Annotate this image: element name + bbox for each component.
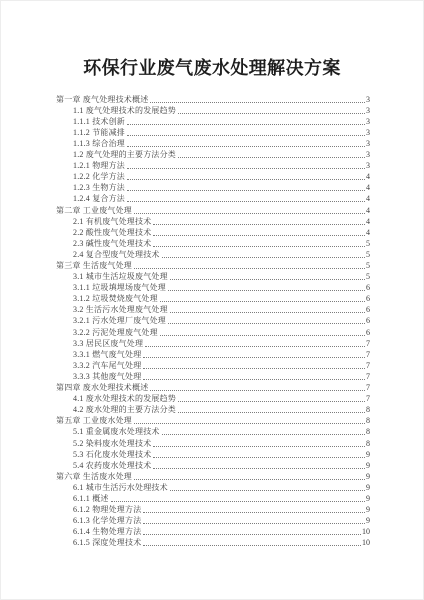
toc-page-number: 9 xyxy=(366,461,370,471)
toc-entry-label: 5.1 重金属废水处理技术 xyxy=(73,427,160,437)
toc-entry-label: 1.2.1 物理方法 xyxy=(73,161,125,171)
toc-page-number: 9 xyxy=(366,494,370,504)
toc-page-number: 3 xyxy=(366,161,370,171)
toc-dot-leader xyxy=(127,201,365,202)
toc-entry[interactable]: 4.2 废水处理的主要方法分类 8 xyxy=(56,404,370,415)
toc-entry[interactable]: 6.1 城市生活污水处理技术 9 xyxy=(56,481,370,492)
toc-page-number: 4 xyxy=(366,194,370,204)
toc-page-number: 7 xyxy=(366,372,370,382)
toc-dot-leader xyxy=(134,423,365,424)
toc-entry[interactable]: 1.2.4 复合方法 4 xyxy=(56,193,370,204)
toc-entry[interactable]: 2.2 酸性废气处理技术 4 xyxy=(56,226,370,237)
toc-entry-label: 6.1.3 化学处理方法 xyxy=(73,516,141,526)
toc-entry[interactable]: 6.1.5 深度处理技术 10 xyxy=(56,537,370,548)
toc-entry[interactable]: 3.3.2 汽车尾气处理 7 xyxy=(56,359,370,370)
toc-dot-leader xyxy=(134,213,365,214)
toc-entry-label: 第六章 生活废水处理 xyxy=(56,472,132,482)
toc-entry[interactable]: 6.1.1 概述 9 xyxy=(56,492,370,503)
toc-entry[interactable]: 3.3 居民区废气处理 7 xyxy=(56,337,370,348)
toc-entry[interactable]: 2.4 复合型废气处理技术 5 xyxy=(56,248,370,259)
toc-page-number: 9 xyxy=(366,472,370,482)
toc-page-number: 4 xyxy=(366,183,370,193)
toc-dot-leader xyxy=(160,335,365,336)
toc-dot-leader xyxy=(153,468,365,469)
toc-dot-leader xyxy=(178,157,365,158)
toc-entry-label: 3.1.1 垃圾填埋场废气处理 xyxy=(73,283,166,293)
toc-page-number: 3 xyxy=(366,95,370,105)
toc-page-number: 5 xyxy=(366,239,370,249)
toc-page-number: 9 xyxy=(366,450,370,460)
toc-entry-label: 2.3 碱性废气处理技术 xyxy=(73,239,151,249)
toc-page-number: 5 xyxy=(366,272,370,282)
toc-entry[interactable]: 2.3 碱性废气处理技术 5 xyxy=(56,237,370,248)
toc-dot-leader xyxy=(134,479,365,480)
toc-entry-label: 1.2.2 化学方法 xyxy=(73,172,125,182)
toc-entry-label: 1.2.4 复合方法 xyxy=(73,194,125,204)
toc-entry[interactable]: 第三章 生活废气处理 5 xyxy=(56,259,370,270)
toc-entry[interactable]: 3.1 城市生活垃圾废气处理 5 xyxy=(56,271,370,282)
toc-entry-label: 6.1 城市生活污水处理技术 xyxy=(73,483,168,493)
toc-page-number: 3 xyxy=(366,128,370,138)
toc-dot-leader xyxy=(127,179,365,180)
document-title: 环保行业废气废水处理解决方案 xyxy=(0,0,424,79)
toc-dot-leader xyxy=(153,235,365,236)
toc-page-number: 7 xyxy=(366,394,370,404)
toc-dot-leader xyxy=(143,523,365,524)
toc-page-number: 8 xyxy=(366,416,370,426)
toc-page-number: 6 xyxy=(366,283,370,293)
toc-dot-leader xyxy=(153,224,365,225)
toc-page-number: 3 xyxy=(366,150,370,160)
toc-entry-label: 1.1.1 技术创新 xyxy=(73,117,125,127)
toc-dot-leader xyxy=(143,357,365,358)
toc-entry-label: 3.1 城市生活垃圾废气处理 xyxy=(73,272,168,282)
toc-page-number: 4 xyxy=(366,217,370,227)
toc-page-number: 8 xyxy=(366,405,370,415)
toc-entry-label: 3.3 居民区废气处理 xyxy=(73,339,143,349)
toc-entry[interactable]: 1.2.3 生物方法 4 xyxy=(56,182,370,193)
toc-page-number: 6 xyxy=(366,294,370,304)
toc-entry-label: 5.2 染料废水处理技术 xyxy=(73,439,151,449)
toc-entry[interactable]: 6.1.2 物理处理方法 9 xyxy=(56,503,370,514)
toc-entry-label: 6.1.4 生物处理方法 xyxy=(73,527,141,537)
toc-entry[interactable]: 6.1.4 生物处理方法 10 xyxy=(56,526,370,537)
toc-dot-leader xyxy=(150,102,365,103)
toc-page-number: 9 xyxy=(366,505,370,515)
toc-page-number: 6 xyxy=(366,328,370,338)
toc-entry-label: 5.4 农药废水处理技术 xyxy=(73,461,151,471)
toc-entry[interactable]: 3.2.1 污水处理厂废气处理 6 xyxy=(56,315,370,326)
toc-page-number: 4 xyxy=(366,228,370,238)
toc-entry-label: 1.2 废气处理的主要方法分类 xyxy=(73,150,176,160)
toc-page-number: 7 xyxy=(366,339,370,349)
toc-entry-label: 第五章 工业废水处理 xyxy=(56,416,132,426)
toc-entry-label: 1.2.3 生物方法 xyxy=(73,183,125,193)
toc-entry-label: 第一章 废气处理技术概述 xyxy=(56,95,148,105)
toc-page-number: 5 xyxy=(366,261,370,271)
toc-entry[interactable]: 6.1.3 化学处理方法 9 xyxy=(56,515,370,526)
toc-entry[interactable]: 1.2.1 物理方法 3 xyxy=(56,160,370,171)
toc-page-number: 4 xyxy=(366,206,370,216)
toc-dot-leader xyxy=(168,290,365,291)
toc-entry-label: 3.2 生活污水处理废气处理 xyxy=(73,305,168,315)
toc-entry-label: 2.1 有机废气处理技术 xyxy=(73,217,151,227)
toc-entry-label: 1.1 废气处理技术的发展趋势 xyxy=(73,106,176,116)
toc-page-number: 3 xyxy=(366,106,370,116)
toc-page-number: 8 xyxy=(366,427,370,437)
toc-dot-leader xyxy=(168,323,365,324)
toc-page-number: 8 xyxy=(366,439,370,449)
toc-entry[interactable]: 3.1.1 垃圾填埋场废气处理 6 xyxy=(56,282,370,293)
toc-dot-leader xyxy=(153,246,365,247)
toc-entry-label: 4.1 废水处理技术的发展趋势 xyxy=(73,394,176,404)
toc-dot-leader xyxy=(127,146,365,147)
toc-entry[interactable]: 1.2.2 化学方法 4 xyxy=(56,171,370,182)
toc-entry[interactable]: 5.2 染料废水处理技术 8 xyxy=(56,437,370,448)
toc-dot-leader xyxy=(127,135,365,136)
toc-dot-leader xyxy=(162,434,365,435)
toc-entry-label: 第三章 生活废气处理 xyxy=(56,261,132,271)
toc-dot-leader xyxy=(143,534,361,535)
toc-page-number: 9 xyxy=(366,516,370,526)
toc-entry[interactable]: 5.3 石化废水处理技术 9 xyxy=(56,448,370,459)
toc-dot-leader xyxy=(153,457,365,458)
toc-page-number: 10 xyxy=(362,527,370,537)
toc-entry-label: 6.1.5 深度处理技术 xyxy=(73,538,141,548)
toc-entry[interactable]: 5.1 重金属废水处理技术 8 xyxy=(56,426,370,437)
toc-entry[interactable]: 4.1 废水处理技术的发展趋势 7 xyxy=(56,393,370,404)
toc-dot-leader xyxy=(145,346,365,347)
toc-dot-leader xyxy=(111,501,365,502)
toc-entry-label: 3.3.3 其他废气处理 xyxy=(73,372,141,382)
toc-entry[interactable]: 3.2 生活污水处理废气处理 6 xyxy=(56,304,370,315)
toc-entry[interactable]: 1.1.1 技术创新 3 xyxy=(56,115,370,126)
toc-entry[interactable]: 3.2.2 污泥处理废气处理 6 xyxy=(56,326,370,337)
toc-entry-label: 1.1.2 节能减排 xyxy=(73,128,125,138)
toc-entry-label: 6.1.1 概述 xyxy=(73,494,109,504)
toc-entry[interactable]: 1.1 废气处理技术的发展趋势 3 xyxy=(56,104,370,115)
toc-dot-leader xyxy=(143,379,365,380)
toc-entry-label: 2.2 酸性废气处理技术 xyxy=(73,228,151,238)
toc-entry-label: 3.2.1 污水处理厂废气处理 xyxy=(73,316,166,326)
toc-dot-leader xyxy=(170,312,365,313)
toc-entry[interactable]: 第五章 工业废水处理 8 xyxy=(56,415,370,426)
toc-page-number: 7 xyxy=(366,383,370,393)
toc-page-number: 3 xyxy=(366,117,370,127)
toc-page-number: 6 xyxy=(366,305,370,315)
toc-dot-leader xyxy=(178,401,365,402)
toc-entry-label: 4.2 废水处理的主要方法分类 xyxy=(73,405,176,415)
toc-dot-leader xyxy=(143,512,365,513)
toc-entry-label: 1.1.3 综合治理 xyxy=(73,139,125,149)
toc-entry-label: 3.2.2 污泥处理废气处理 xyxy=(73,328,158,338)
toc-entry-label: 第四章 废水处理技术概述 xyxy=(56,383,148,393)
toc-entry[interactable]: 1.1.3 综合治理 3 xyxy=(56,137,370,148)
toc-entry-label: 3.3.2 汽车尾气处理 xyxy=(73,361,141,371)
toc-dot-leader xyxy=(178,113,365,114)
toc-dot-leader xyxy=(162,257,365,258)
toc-dot-leader xyxy=(143,545,361,546)
toc-page-number: 3 xyxy=(366,139,370,149)
toc-entry[interactable]: 第六章 生活废水处理 9 xyxy=(56,470,370,481)
toc-entry[interactable]: 第一章 废气处理技术概述 3 xyxy=(56,93,370,104)
toc-entry[interactable]: 第二章 工业废气处理 4 xyxy=(56,204,370,215)
toc-page-number: 9 xyxy=(366,483,370,493)
toc-entry[interactable]: 3.1.2 垃圾焚烧废气处理 6 xyxy=(56,293,370,304)
toc-entry[interactable]: 3.3.1 燃气废气处理 7 xyxy=(56,348,370,359)
toc-dot-leader xyxy=(178,412,365,413)
toc-entry[interactable]: 1.1.2 节能减排 3 xyxy=(56,126,370,137)
toc-dot-leader xyxy=(170,279,365,280)
toc-dot-leader xyxy=(127,168,365,169)
toc-dot-leader xyxy=(134,268,365,269)
toc-page-number: 10 xyxy=(362,538,370,548)
toc-dot-leader xyxy=(127,124,365,125)
toc-dot-leader xyxy=(127,190,365,191)
document-page: 环保行业废气废水处理解决方案 第一章 废气处理技术概述 3 1.1 废气处理技术… xyxy=(0,0,424,600)
toc-entry-label: 第二章 工业废气处理 xyxy=(56,206,132,216)
toc-entry[interactable]: 1.2 废气处理的主要方法分类 3 xyxy=(56,148,370,159)
toc-dot-leader xyxy=(143,368,365,369)
toc-entry[interactable]: 5.4 农药废水处理技术 9 xyxy=(56,459,370,470)
toc-entry[interactable]: 3.3.3 其他废气处理 7 xyxy=(56,370,370,381)
table-of-contents: 第一章 废气处理技术概述 3 1.1 废气处理技术的发展趋势 3 1.1.1 技… xyxy=(56,93,370,548)
toc-page-number: 5 xyxy=(366,250,370,260)
toc-entry-label: 5.3 石化废水处理技术 xyxy=(73,450,151,460)
toc-dot-leader xyxy=(150,390,365,391)
toc-page-number: 6 xyxy=(366,316,370,326)
toc-entry-label: 2.4 复合型废气处理技术 xyxy=(73,250,160,260)
toc-entry[interactable]: 第四章 废水处理技术概述 7 xyxy=(56,381,370,392)
toc-entry-label: 6.1.2 物理处理方法 xyxy=(73,505,141,515)
toc-dot-leader xyxy=(153,446,365,447)
toc-entry-label: 3.3.1 燃气废气处理 xyxy=(73,350,141,360)
toc-dot-leader xyxy=(170,490,365,491)
toc-dot-leader xyxy=(160,301,365,302)
toc-page-number: 4 xyxy=(366,172,370,182)
toc-entry-label: 3.1.2 垃圾焚烧废气处理 xyxy=(73,294,158,304)
toc-entry[interactable]: 2.1 有机废气处理技术 4 xyxy=(56,215,370,226)
toc-page-number: 7 xyxy=(366,361,370,371)
toc-page-number: 7 xyxy=(366,350,370,360)
